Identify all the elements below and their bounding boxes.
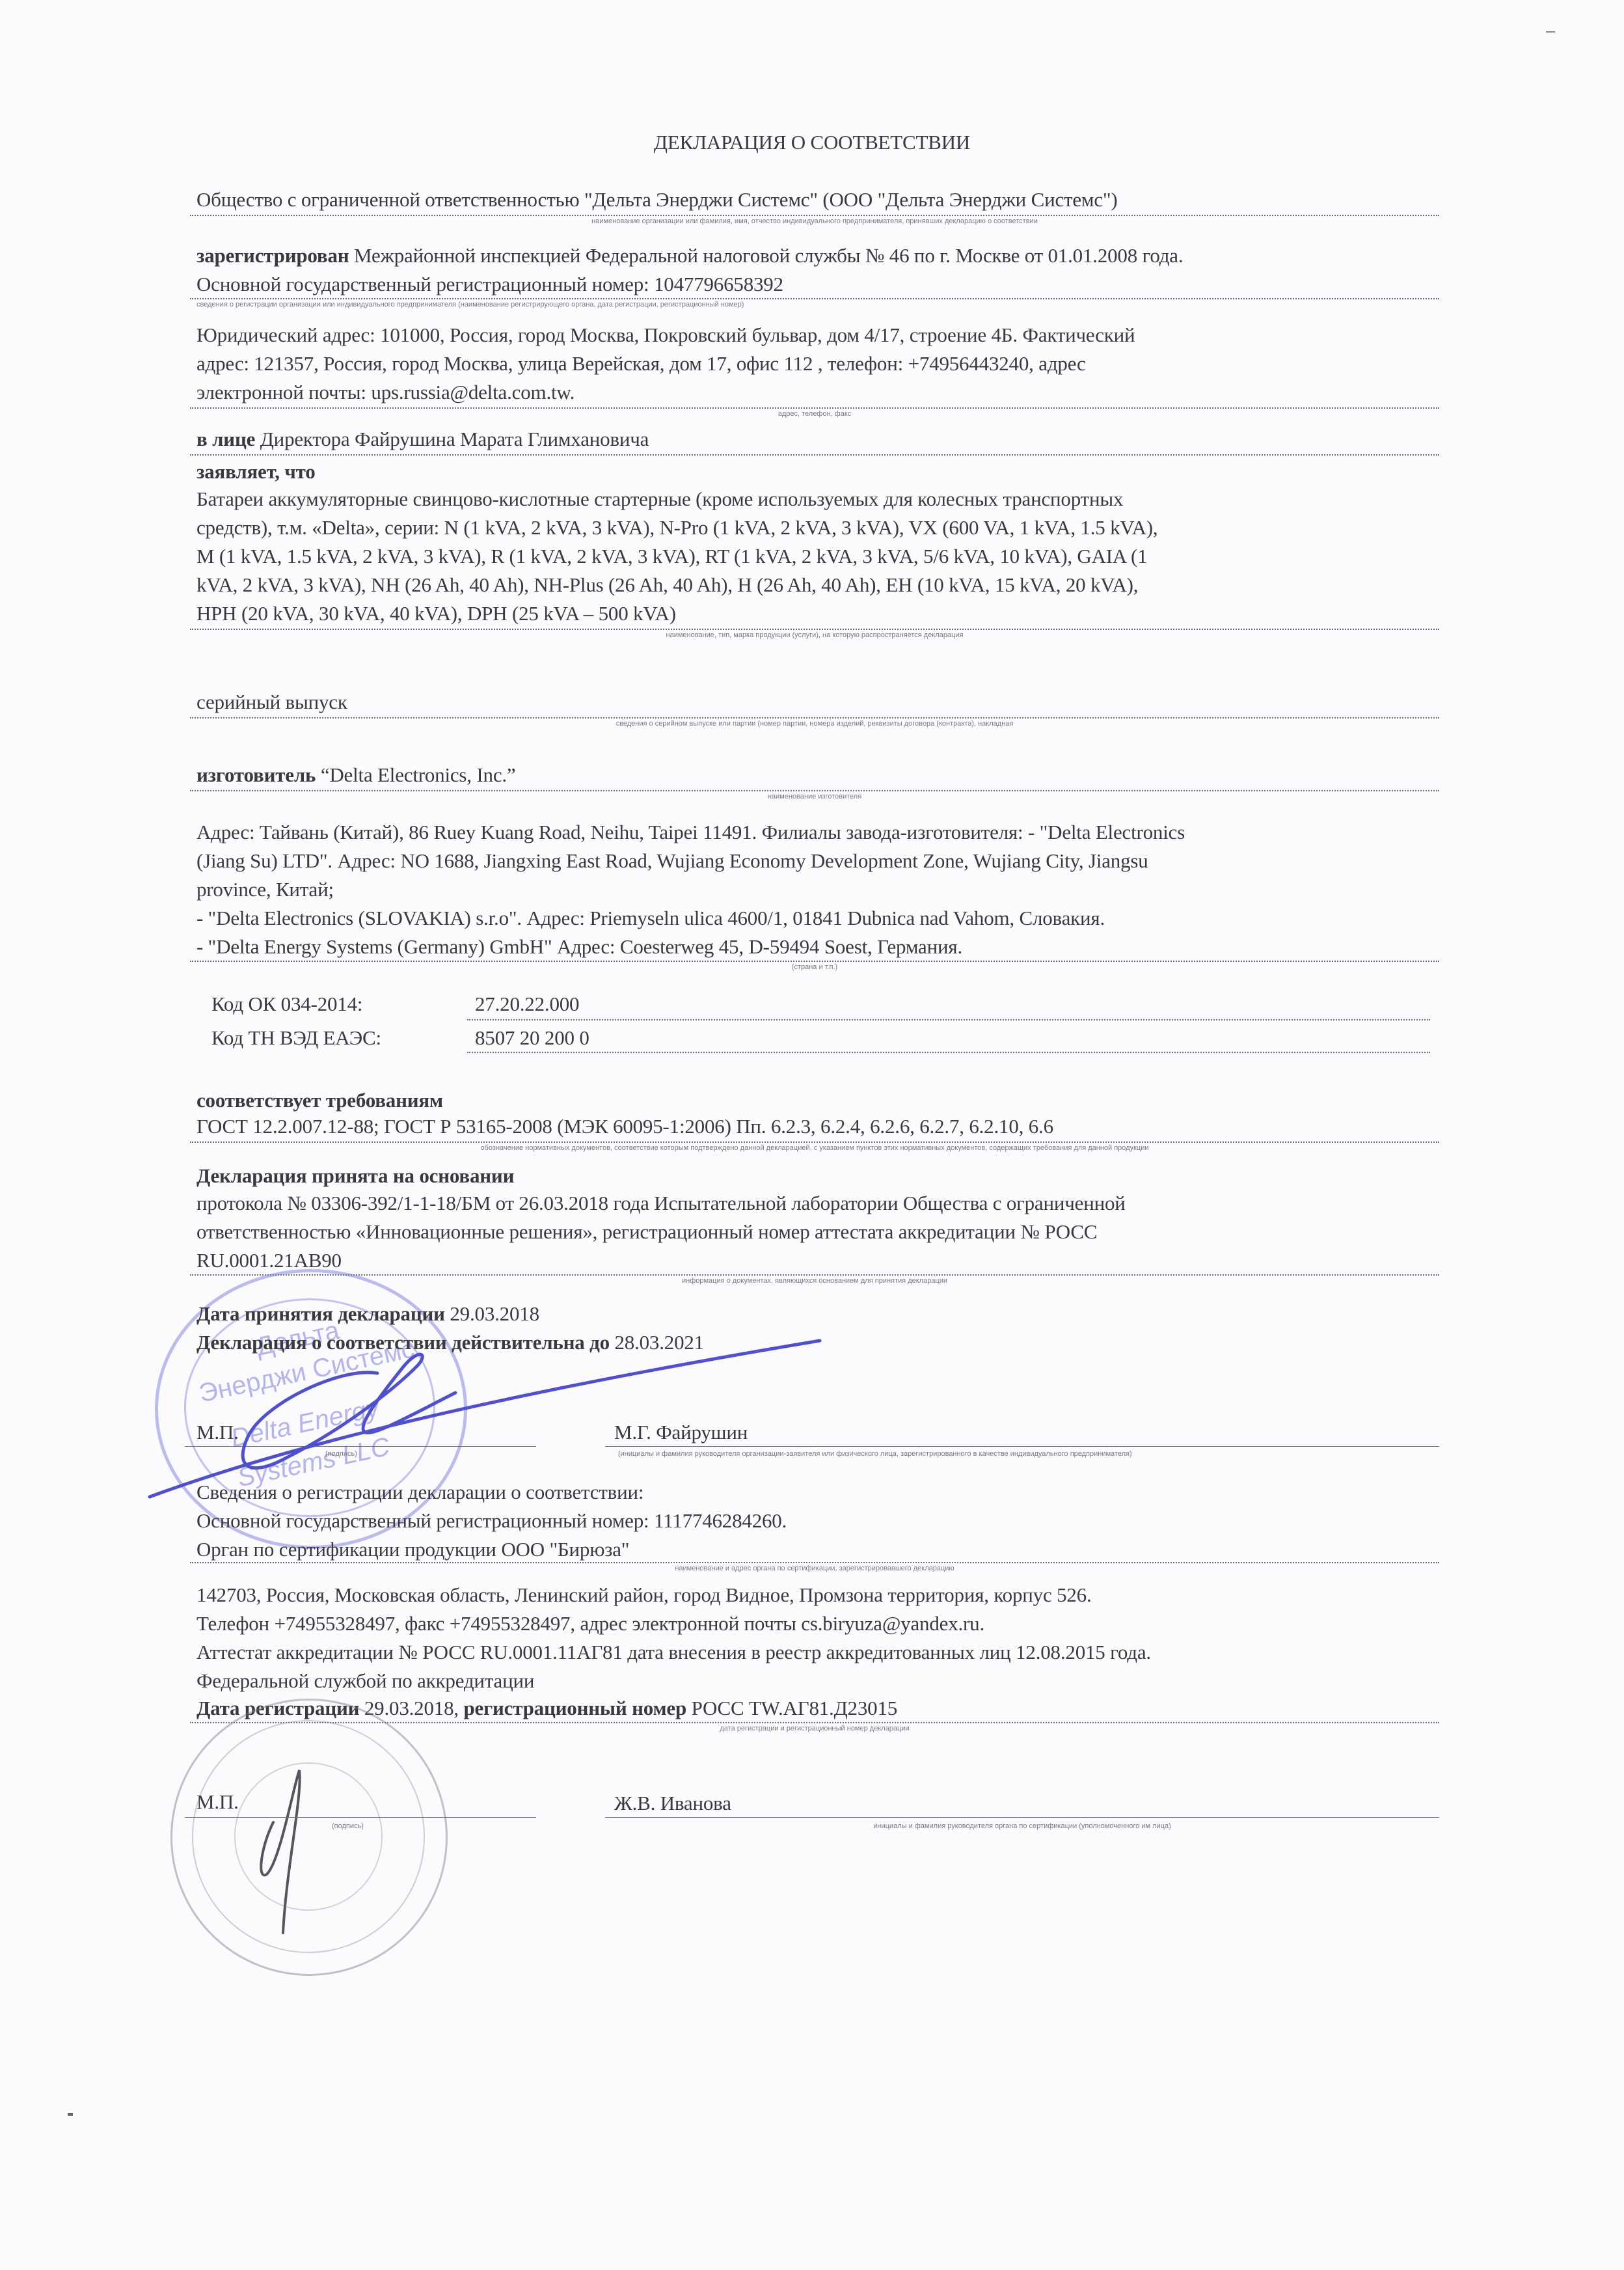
basis-line-2: ответственностью «Инновационные решения»… [196,1217,1097,1247]
divider [190,1142,1439,1143]
scan-mark [68,2113,73,2116]
address-line-1: Юридический адрес: 101000, Россия, город… [196,320,1135,350]
applicant-name: Общество с ограниченной ответственностью… [196,185,1118,215]
address-line-2: адрес: 121357, Россия, город Москва, ули… [196,349,1086,379]
code-ok-label: Код ОК 034-2014: [211,989,362,1019]
registration-line-1: 142703, Россия, Московская область, Лени… [196,1580,1092,1610]
product-line-2: средств), т.м. «Delta», серии: N (1 kVA,… [196,513,1157,543]
ogrn-line: Основной государственный регистрационный… [196,269,783,299]
signature-caption-2: (подпись) [332,1822,364,1830]
basis-label: Декларация принята на основании [196,1161,514,1191]
name-line-2 [605,1817,1439,1818]
represented-text: Директора Файрушина Марата Глимхановича [260,428,649,450]
code-tnved-value: 8507 20 200 0 [475,1023,589,1053]
registered-text: Межрайонной инспекцией Федеральной налог… [354,244,1183,267]
registration-heading: Сведения о регистрации декларации о соот… [196,1477,643,1507]
registration-number-label: регистрационный номер [464,1697,687,1719]
requirements-text: ГОСТ 12.2.007.12-88; ГОСТ Р 53165-2008 (… [196,1112,1053,1142]
seal-mark-2: М.П. [196,1787,239,1817]
accepted-date-label: Дата принятия декларации [196,1302,445,1325]
registration-ogrn: Основной государственный регистрационный… [196,1506,787,1536]
divider [467,1019,1430,1020]
scan-mark [1546,31,1555,33]
signature-scribble-2 [247,1751,325,1946]
serial-caption: сведения о серийном выпуске или партии (… [190,720,1439,728]
divider [190,717,1439,718]
registration-line-4: Федеральной службой по аккредитации [196,1666,534,1696]
manufacturer-label: изготовитель [196,763,316,786]
manufacturer-caption: наименование изготовителя [190,793,1439,800]
document-title: ДЕКЛАРАЦИЯ О СООТВЕТСТВИИ [0,128,1624,157]
divider [467,1052,1430,1053]
requirements-caption: обозначение нормативных документов, соот… [190,1144,1439,1152]
serial-text: серийный выпуск [196,687,347,717]
represented-label: в лице [196,428,255,450]
product-caption: наименование, тип, марка продукции (услу… [190,631,1439,639]
signatory-name-2: Ж.В. Иванова [614,1788,731,1818]
manufacturer-address-3: province, Китай; [196,875,334,905]
divider [190,298,1439,299]
accepted-date-line: Дата принятия декларации 29.03.2018 [196,1299,539,1329]
code-ok-value: 27.20.22.000 [475,989,579,1019]
manufacturer-address-5: - "Delta Energy Systems (Germany) GmbH" … [196,932,962,962]
product-line-5: HPH (20 kVA, 30 kVA, 40 kVA), DPH (25 kV… [196,599,676,629]
registration-line-2: Телефон +74955328497, факс +74955328497,… [196,1609,984,1639]
manufacturer-address-2: (Jiang Su) LTD". Адрес: NO 1688, Jiangxi… [196,846,1148,876]
registration-line-3: Аттестат аккредитации № РОСС RU.0001.11А… [196,1637,1151,1667]
divider [190,790,1439,791]
address-caption: адрес, телефон, факс [190,410,1439,418]
divider [190,629,1439,630]
applicant-name-caption: наименование организации или фамилия, им… [190,217,1439,225]
certification-body-caption: наименование и адрес органа по сертифика… [190,1565,1439,1572]
registered-label: зарегистрирован [196,244,349,267]
declares-label: заявляет, что [196,457,316,487]
registration-date-value: 29.03.2018, [364,1697,459,1719]
basis-line-1: протокола № 03306-392/1-1-18/БМ от 26.03… [196,1188,1126,1218]
divider [190,215,1439,216]
address-line-3: электронной почты: ups.russia@delta.com.… [196,377,575,407]
certification-body: Орган по сертификации продукции ООО "Бир… [196,1535,629,1565]
product-line-1: Батареи аккумуляторные свинцово-кислотны… [196,484,1123,514]
divider [190,1562,1439,1563]
registration-caption: сведения о регистрации организации или и… [196,301,744,308]
manufacturer-address-4: - "Delta Electronics (SLOVAKIA) s.r.o". … [196,903,1105,933]
divider [190,407,1439,409]
manufacturer-address-caption: (страна и т.п.) [190,963,1439,971]
divider [190,454,1439,456]
accepted-date-value: 29.03.2018 [450,1302,539,1325]
divider [190,1274,1439,1276]
signature-line-2 [185,1817,536,1818]
product-line-3: M (1 kVA, 1.5 kVA, 2 kVA, 3 kVA), R (1 k… [196,541,1147,571]
manufacturer-name: “Delta Electronics, Inc.” [321,763,516,786]
name-caption-2: инициалы и фамилия руководителя органа п… [605,1822,1439,1830]
divider [190,961,1439,962]
registration-number-value: РОСС TW.АГ81.Д23015 [692,1697,898,1719]
product-line-4: kVA, 2 kVA, 3 kVA), NH (26 Ah, 40 Ah), N… [196,570,1138,600]
represented-line: в лице Директора Файрушина Марата Глимха… [196,424,649,454]
code-tnved-label: Код ТН ВЭД ЕАЭС: [211,1023,381,1053]
manufacturer-line: изготовитель “Delta Electronics, Inc.” [196,760,516,790]
registered-line: зарегистрирован Межрайонной инспекцией Ф… [196,241,1183,271]
manufacturer-address-1: Адрес: Тайвань (Китай), 86 Ruey Kuang Ro… [196,817,1185,847]
